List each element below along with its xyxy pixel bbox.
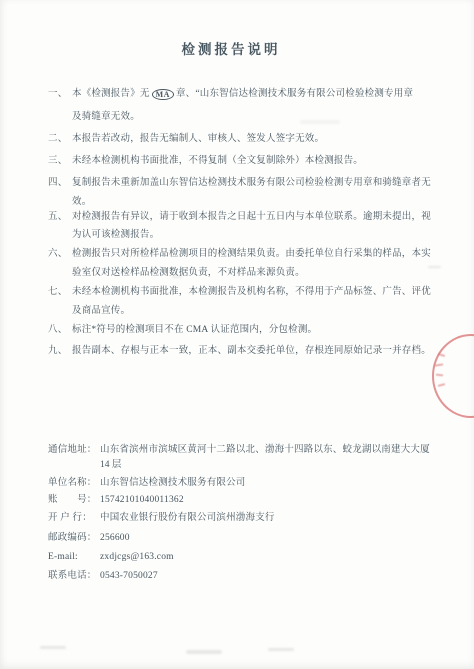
contact-label: 账 号：	[48, 494, 100, 506]
note-text: 本《检测报告》无	[72, 89, 150, 99]
contact-row-phone: 联系电话：0543-7050027	[48, 570, 158, 582]
note-number: 三、	[48, 156, 72, 167]
note-text: 对检测报告有异议，请于收到本报告之日起十五日内与本单位联系。逾期未提出，视	[72, 212, 431, 222]
note-item-1-cont: 及骑缝章无效。	[72, 112, 140, 123]
scan-smudge	[268, 648, 294, 651]
note-number: 七、	[48, 287, 72, 298]
red-seal-arc	[432, 334, 474, 418]
contact-address-cont: 14 层	[100, 459, 121, 471]
note-item-5: 五、对检测报告有异议，请于收到本报告之日起十五日内与本单位联系。逾期未提出，视	[48, 212, 431, 223]
note-number: 九、	[48, 346, 72, 357]
note-item-7-cont: 及商品宣传。	[72, 306, 130, 317]
note-number: 八、	[48, 325, 72, 336]
scan-smudge	[428, 266, 441, 268]
note-item-3: 三、未经本检测机构书面批准，不得复制（全文复制除外）本检测报告。	[48, 156, 363, 167]
contact-label: 邮政编码：	[48, 532, 100, 544]
contact-row-address: 通信地址：山东省滨州市滨城区黄河十二路以北、渤海十四路以东、蛟龙湖以南建大大厦	[48, 444, 430, 456]
contact-value: zxdjcgs@163.com	[100, 552, 174, 562]
note-number: 四、	[48, 178, 72, 189]
note-text: 检测报告只对所检样品检测项目的检测结果负责。由委托单位自行采集的样品，本实	[72, 249, 431, 259]
contact-row-company: 单位名称：山东智信达检测技术服务有限公司	[48, 477, 246, 489]
contact-row-postcode: 邮政编码：256600	[48, 532, 130, 544]
note-item-1: 一、本《检测报告》无MA章、“山东智信达检测技术服务有限公司检验检测专用章	[48, 89, 413, 100]
note-text: 本报告若改动，报告无编制人、审核人、签发人签字无效。	[72, 134, 324, 144]
contact-value: 15742101040011362	[100, 495, 184, 505]
scan-smudge	[300, 120, 340, 124]
note-number: 一、	[48, 89, 72, 100]
note-item-6: 六、检测报告只对所检样品检测项目的检测结果负责。由委托单位自行采集的样品，本实	[48, 249, 431, 260]
note-text: 未经本检测机构书面批准，不得复制（全文复制除外）本检测报告。	[72, 156, 363, 166]
note-item-7: 七、未经本检测机构书面批准，本检测报告及机构名称，不得用于产品标签、广告、评优	[48, 287, 431, 298]
contact-label: 联系电话：	[48, 570, 100, 582]
contact-row-bank: 开 户 行：中国农业银行股份有限公司滨州渤海支行	[48, 512, 275, 524]
contact-label: 通信地址：	[48, 444, 100, 456]
note-item-8: 八、标注*符号的检测项目不在 CMA 认证范围内，分包检测。	[48, 325, 317, 336]
note-item-4-cont: 效。	[72, 197, 91, 208]
contact-value: 山东智信达检测技术服务有限公司	[100, 478, 246, 488]
scan-smudge	[172, 276, 182, 278]
note-item-2: 二、本报告若改动，报告无编制人、审核人、签发人签字无效。	[48, 134, 324, 145]
scan-smudge	[40, 646, 66, 649]
page-title: 检测报告说明	[0, 38, 462, 58]
note-text: 报告副本、存根与正本一致，正本、副本交委托单位，存根连同原始记录一并存档。	[72, 346, 431, 356]
scan-smudge	[186, 650, 222, 654]
contact-value: 山东省滨州市滨城区黄河十二路以北、渤海十四路以东、蛟龙湖以南建大大厦	[100, 445, 430, 455]
contact-row-email: E-mail:zxdjcgs@163.com	[48, 551, 174, 563]
note-text: 章、“山东智信达检测技术服务有限公司检验检测专用章	[176, 89, 413, 99]
contact-row-account: 账 号：15742101040011362	[48, 494, 184, 506]
contact-label: 单位名称：	[48, 477, 100, 489]
contact-label: E-mail:	[48, 551, 100, 563]
note-text: 标注*符号的检测项目不在 CMA 认证范围内，分包检测。	[72, 325, 317, 335]
note-number: 二、	[48, 134, 72, 145]
note-number: 六、	[48, 249, 72, 260]
contact-value: 256600	[100, 533, 130, 543]
note-item-6-cont: 验室仅对送检样品检测数据负责，不对样品来源负责。	[72, 268, 305, 279]
scanned-report-page: 检测报告说明 一、本《检测报告》无MA章、“山东智信达检测技术服务有限公司检验检…	[0, 0, 474, 669]
note-item-5-cont: 为认可该检测报告。	[72, 230, 159, 241]
note-text: 复制报告未重新加盖山东智信达检测技术服务有限公司检验检测专用章和骑缝章者无	[72, 178, 431, 188]
note-item-4: 四、复制报告未重新加盖山东智信达检测技术服务有限公司检验检测专用章和骑缝章者无	[48, 178, 431, 189]
contact-value: 0543-7050027	[100, 571, 158, 581]
note-text: 未经本检测机构书面批准，本检测报告及机构名称，不得用于产品标签、广告、评优	[72, 287, 431, 297]
cma-seal-icon: MA	[152, 89, 174, 100]
note-number: 五、	[48, 212, 72, 223]
contact-value: 中国农业银行股份有限公司滨州渤海支行	[100, 513, 275, 523]
contact-label: 开 户 行：	[48, 512, 100, 524]
note-item-9: 九、报告副本、存根与正本一致，正本、副本交委托单位，存根连同原始记录一并存档。	[48, 346, 431, 357]
